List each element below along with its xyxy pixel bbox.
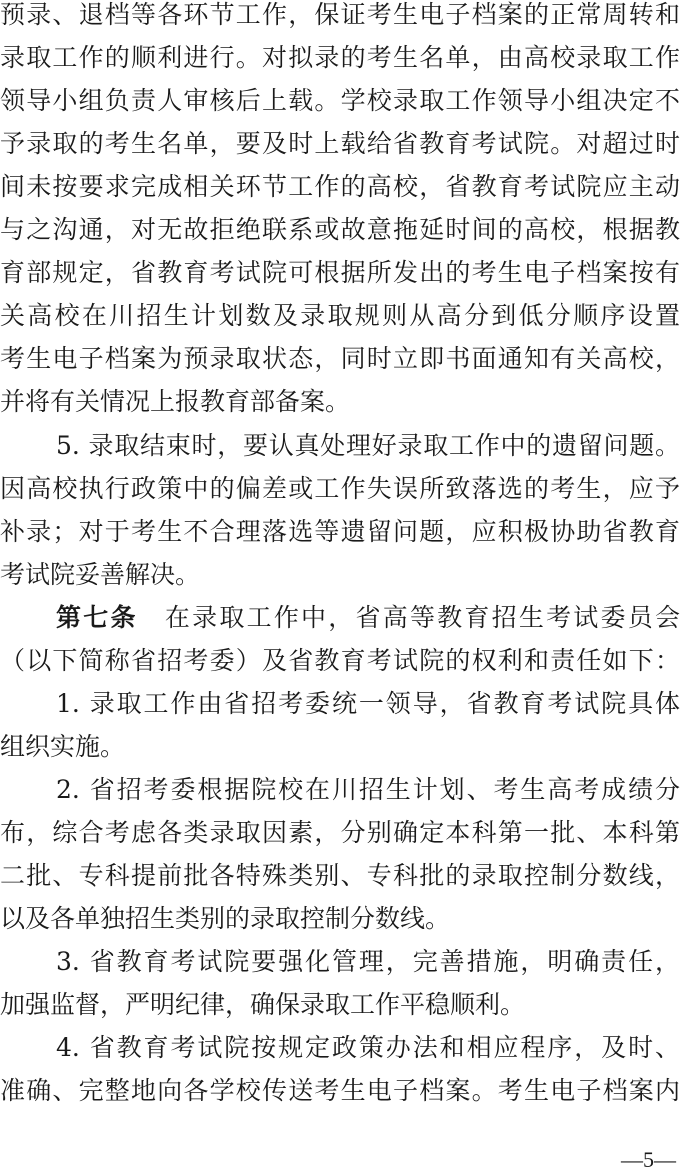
text-line: 准确、完整地向各学校传送考生电子档案。考生电子档案内	[0, 1076, 680, 1119]
page-number: —5—	[621, 1147, 676, 1170]
article-heading: 第七条	[56, 603, 138, 632]
text-line: 第七条 在录取工作中，省高等教育招生考试委员会	[0, 603, 680, 646]
text-line: 领导小组负责人审核后上载。学校录取工作领导小组决定不	[0, 86, 680, 129]
line-text: 5. 录取结束时，要认真处理好录取工作中的遗留问题。	[56, 431, 680, 460]
text-line: 5. 录取结束时，要认真处理好录取工作中的遗留问题。	[0, 431, 680, 474]
text-line: 并将有关情况上报教育部备案。	[0, 387, 680, 430]
text-line: 4. 省教育考试院按规定政策办法和相应程序，及时、	[0, 1033, 680, 1076]
line-text: 育部规定，省教育考试院可根据所发出的考生电子档案按有	[0, 258, 680, 287]
line-text: 并将有关情况上报教育部备案。	[0, 387, 350, 416]
line-text: 间未按要求完成相关环节工作的高校，省教育考试院应主动	[0, 172, 680, 201]
text-line: 二批、专科提前批各特殊类别、专科批的录取控制分数线，	[0, 861, 680, 904]
line-text: （以下简称省招考委）及省教育考试院的权利和责任如下：	[0, 646, 680, 675]
text-line: 考试院妥善解决。	[0, 560, 680, 603]
text-line: 间未按要求完成相关环节工作的高校，省教育考试院应主动	[0, 172, 680, 215]
line-text: 2. 省招考委根据院校在川招生计划、考生高考成绩分	[56, 775, 680, 804]
line-text: 与之沟通，对无故拒绝联系或故意拖延时间的高校，根据教	[0, 215, 680, 244]
line-text: 4. 省教育考试院按规定政策办法和相应程序，及时、	[56, 1033, 680, 1062]
line-text: 加强监督，严明纪律，确保录取工作平稳顺利。	[0, 990, 525, 1019]
line-text: 布，综合考虑各类录取因素，分别确定本科第一批、本科第	[0, 818, 680, 847]
text-line: 关高校在川招生计划数及录取规则从高分到低分顺序设置	[0, 301, 680, 344]
line-text: 因高校执行政策中的偏差或工作失误所致落选的考生，应予	[0, 474, 680, 503]
line-text: 录取工作的顺利进行。对拟录的考生名单，由高校录取工作	[0, 43, 680, 72]
line-text: 3. 省教育考试院要强化管理，完善措施，明确责任，	[56, 947, 680, 976]
text-line: 与之沟通，对无故拒绝联系或故意拖延时间的高校，根据教	[0, 215, 680, 258]
document-page: 预录、退档等各环节工作，保证考生电子档案的正常周转和录取工作的顺利进行。对拟录的…	[0, 0, 680, 1170]
line-text: 预录、退档等各环节工作，保证考生电子档案的正常周转和	[0, 0, 680, 29]
text-line: 组织实施。	[0, 732, 680, 775]
line-text: 组织实施。	[0, 732, 125, 761]
line-text: 补录；对于考生不合理落选等遗留问题，应积极协助省教育	[0, 517, 680, 546]
text-line: 录取工作的顺利进行。对拟录的考生名单，由高校录取工作	[0, 43, 680, 86]
line-text: 以及各单独招生类别的录取控制分数线。	[0, 904, 450, 933]
text-line: 以及各单独招生类别的录取控制分数线。	[0, 904, 680, 947]
line-text: 考试院妥善解决。	[0, 560, 200, 589]
line-text: 二批、专科提前批各特殊类别、专科批的录取控制分数线，	[0, 861, 680, 890]
text-line: 2. 省招考委根据院校在川招生计划、考生高考成绩分	[0, 775, 680, 818]
text-line: 考生电子档案为预录取状态，同时立即书面通知有关高校，	[0, 344, 680, 387]
line-text: 1. 录取工作由省招考委统一领导，省教育考试院具体	[56, 689, 680, 718]
text-line: （以下简称省招考委）及省教育考试院的权利和责任如下：	[0, 646, 680, 689]
text-line: 1. 录取工作由省招考委统一领导，省教育考试院具体	[0, 689, 680, 732]
text-line: 布，综合考虑各类录取因素，分别确定本科第一批、本科第	[0, 818, 680, 861]
line-text: 准确、完整地向各学校传送考生电子档案。考生电子档案内	[0, 1076, 680, 1105]
line-text: 考生电子档案为预录取状态，同时立即书面通知有关高校，	[0, 344, 680, 373]
line-text: 关高校在川招生计划数及录取规则从高分到低分顺序设置	[0, 301, 680, 330]
line-text: 予录取的考生名单，要及时上载给省教育考试院。对超过时	[0, 129, 680, 158]
line-text: 在录取工作中，省高等教育招生考试委员会	[138, 603, 680, 632]
text-line: 育部规定，省教育考试院可根据所发出的考生电子档案按有	[0, 258, 680, 301]
text-line: 补录；对于考生不合理落选等遗留问题，应积极协助省教育	[0, 517, 680, 560]
line-text: 领导小组负责人审核后上载。学校录取工作领导小组决定不	[0, 86, 680, 115]
text-line: 3. 省教育考试院要强化管理，完善措施，明确责任，	[0, 947, 680, 990]
text-line: 予录取的考生名单，要及时上载给省教育考试院。对超过时	[0, 129, 680, 172]
text-line: 加强监督，严明纪律，确保录取工作平稳顺利。	[0, 990, 680, 1033]
text-line: 预录、退档等各环节工作，保证考生电子档案的正常周转和	[0, 0, 680, 43]
text-line: 因高校执行政策中的偏差或工作失误所致落选的考生，应予	[0, 474, 680, 517]
